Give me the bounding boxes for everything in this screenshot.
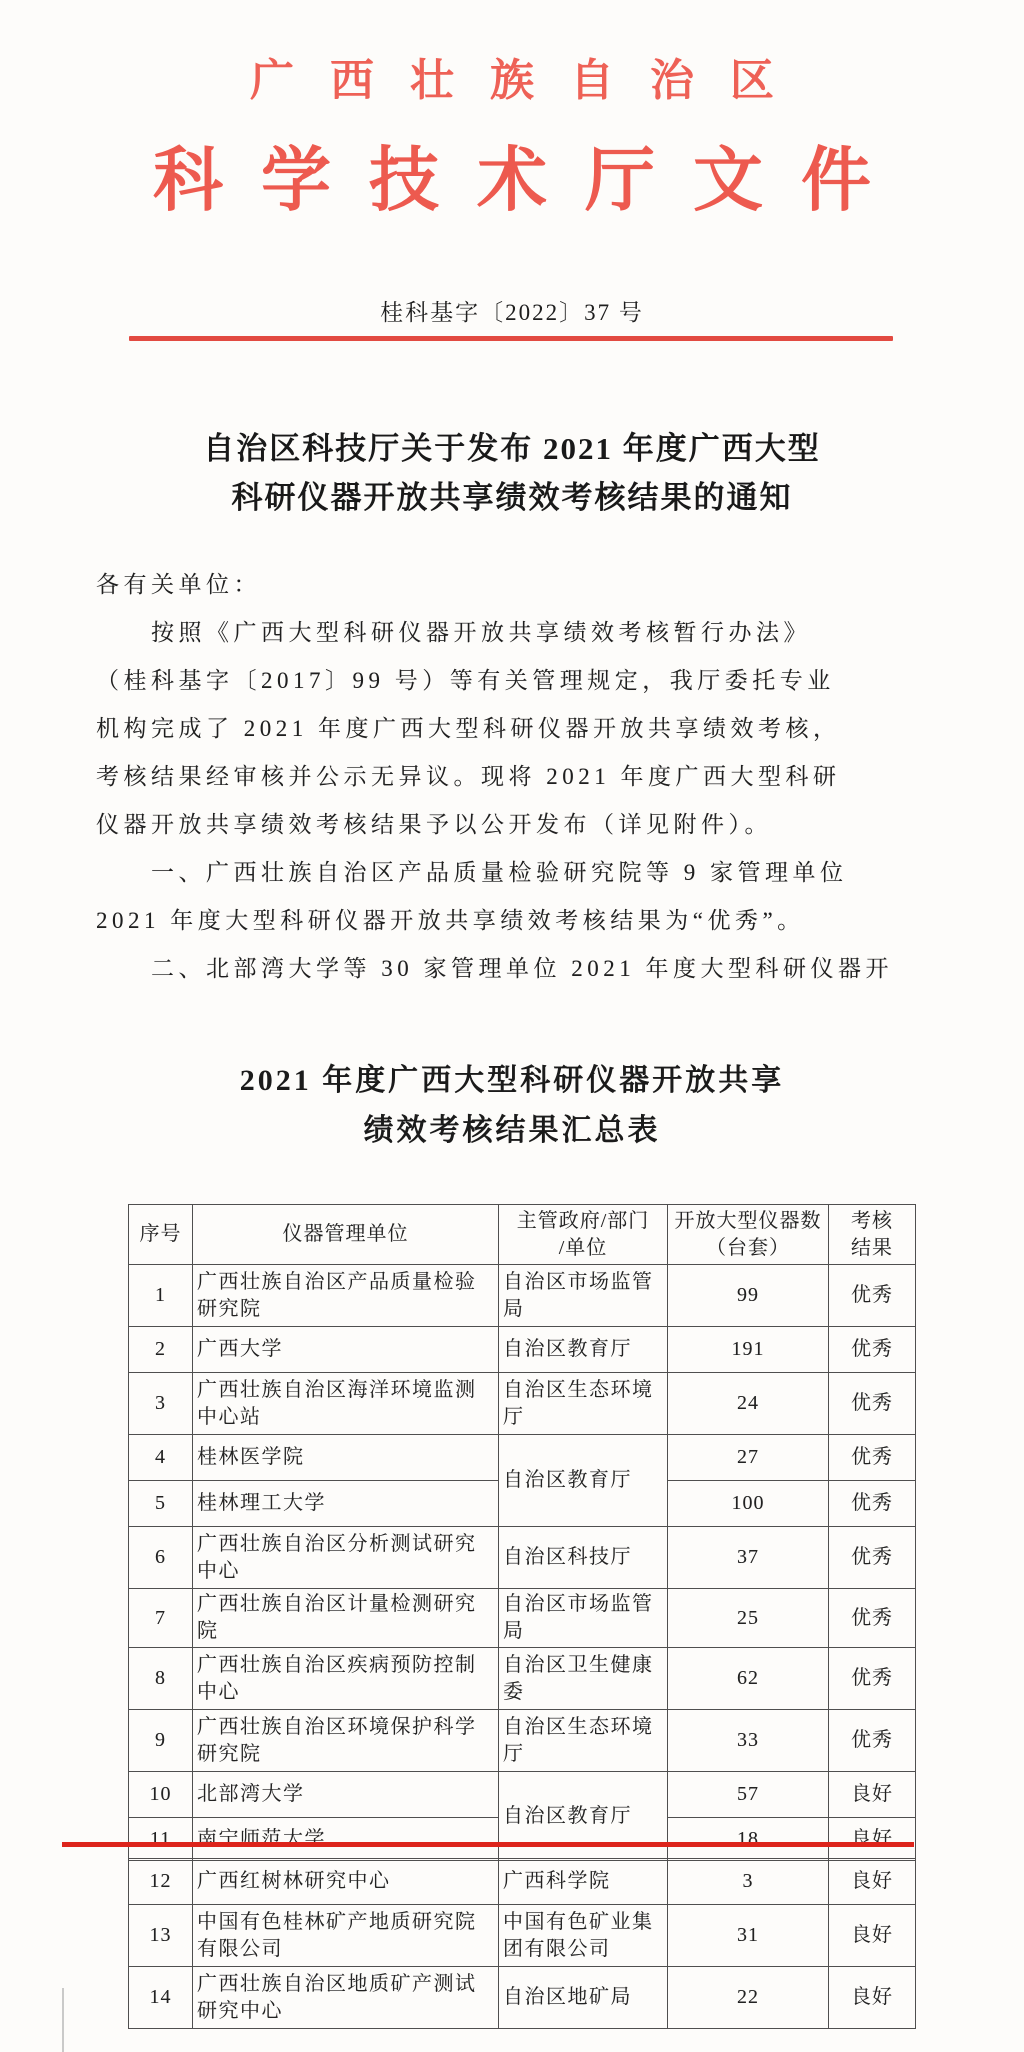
- body-line: 各有关单位：: [96, 561, 936, 609]
- row-authority: 自治区市场监管局: [499, 1589, 668, 1648]
- row-authority: 自治区生态环境厅: [499, 1373, 668, 1435]
- body-line: 机构完成了 2021 年度广西大型科研仪器开放共享绩效考核，: [96, 705, 936, 753]
- row-result: 优秀: [829, 1265, 916, 1327]
- row-authority: 广西科学院: [499, 1859, 668, 1905]
- row-count: 22: [668, 1967, 829, 2029]
- letterhead-region-title: 广西壮族自治区: [0, 44, 1024, 108]
- body-line: 一、广西壮族自治区产品质量检验研究院等 9 家管理单位: [96, 849, 936, 897]
- table-row: 14 广西壮族自治区地质矿产测试研究中心 自治区地矿局 22 良好: [129, 1967, 916, 2029]
- col-header-result-line2: 结果: [833, 1235, 911, 1262]
- row-index: 13: [129, 1905, 193, 1967]
- table-row: 9 广西壮族自治区环境保护科学研究院 自治区生态环境厅 33 优秀: [129, 1710, 916, 1772]
- row-result: 优秀: [829, 1527, 916, 1589]
- row-result: 良好: [829, 1818, 916, 1861]
- row-authority: 中国有色矿业集团有限公司: [499, 1905, 668, 1967]
- row-org: 南宁师范大学: [193, 1818, 499, 1861]
- row-org: 桂林理工大学: [193, 1481, 499, 1527]
- row-count: 62: [668, 1648, 829, 1710]
- row-count: 191: [668, 1327, 829, 1373]
- row-result: 优秀: [829, 1373, 916, 1435]
- row-result: 优秀: [829, 1435, 916, 1481]
- table-row: 7 广西壮族自治区计量检测研究院 自治区市场监管局 25 优秀: [129, 1589, 916, 1648]
- row-index: 6: [129, 1527, 193, 1589]
- table-row: 8 广西壮族自治区疾病预防控制中心 自治区卫生健康委 62 优秀: [129, 1648, 916, 1710]
- row-result: 优秀: [829, 1710, 916, 1772]
- row-count: 18: [668, 1818, 829, 1861]
- row-authority: 自治区地矿局: [499, 1967, 668, 2029]
- row-org: 广西壮族自治区疾病预防控制中心: [193, 1648, 499, 1710]
- summary-table-title: 2021 年度广西大型科研仪器开放共享 绩效考核结果汇总表: [0, 1056, 1024, 1156]
- row-authority-merged: 自治区教育厅: [499, 1435, 668, 1527]
- summary-table-title-line1: 2021 年度广西大型科研仪器开放共享: [0, 1056, 1024, 1106]
- col-header-result-line1: 考核: [833, 1208, 911, 1235]
- table-row: 12 广西红树林研究中心 广西科学院 3 良好: [129, 1859, 916, 1905]
- letterhead-red-rule: [129, 336, 893, 341]
- col-header-authority-line2: /单位: [503, 1235, 663, 1262]
- row-count: 100: [668, 1481, 829, 1527]
- body-line: 考核结果经审核并公示无异议。现将 2021 年度广西大型科研: [96, 753, 936, 801]
- row-authority: 自治区教育厅: [499, 1327, 668, 1373]
- row-result: 良好: [829, 1772, 916, 1818]
- row-index: 9: [129, 1710, 193, 1772]
- row-org: 广西壮族自治区分析测试研究中心: [193, 1527, 499, 1589]
- row-result: 良好: [829, 1859, 916, 1905]
- row-count: 3: [668, 1859, 829, 1905]
- row-result: 优秀: [829, 1481, 916, 1527]
- row-count: 37: [668, 1527, 829, 1589]
- table-header-row: 序号 仪器管理单位 主管政府/部门 /单位 开放大型仪器数 （台套） 考核 结果: [129, 1205, 916, 1265]
- col-header-count: 开放大型仪器数 （台套）: [668, 1205, 829, 1265]
- letterhead-office-title: 科学技术厅文件: [0, 124, 1024, 225]
- col-header-org: 仪器管理单位: [193, 1205, 499, 1265]
- row-authority: 自治区生态环境厅: [499, 1710, 668, 1772]
- row-result: 优秀: [829, 1327, 916, 1373]
- row-org: 北部湾大学: [193, 1772, 499, 1818]
- row-authority: 自治区卫生健康委: [499, 1648, 668, 1710]
- row-org: 广西红树林研究中心: [193, 1859, 499, 1905]
- row-count: 24: [668, 1373, 829, 1435]
- col-header-index: 序号: [129, 1205, 193, 1265]
- row-org: 广西壮族自治区地质矿产测试研究中心: [193, 1967, 499, 2029]
- row-result: 良好: [829, 1967, 916, 2029]
- document-number: 桂科基字〔2022〕37 号: [0, 294, 1024, 327]
- row-count: 31: [668, 1905, 829, 1967]
- row-index: 4: [129, 1435, 193, 1481]
- row-index: 3: [129, 1373, 193, 1435]
- row-org: 广西壮族自治区海洋环境监测中心站: [193, 1373, 499, 1435]
- row-result: 优秀: [829, 1589, 916, 1648]
- red-underline-annotation: [62, 1842, 914, 1847]
- row-result: 优秀: [829, 1648, 916, 1710]
- notice-title: 自治区科技厅关于发布 2021 年度广西大型 科研仪器开放共享绩效考核结果的通知: [0, 424, 1024, 522]
- table-row: 10 北部湾大学 自治区教育厅 57 良好: [129, 1772, 916, 1818]
- row-org: 中国有色桂林矿产地质研究院有限公司: [193, 1905, 499, 1967]
- row-index: 10: [129, 1772, 193, 1818]
- table-row: 6 广西壮族自治区分析测试研究中心 自治区科技厅 37 优秀: [129, 1527, 916, 1589]
- body-line: 按照《广西大型科研仪器开放共享绩效考核暂行办法》: [96, 609, 936, 657]
- table-row: 3 广西壮族自治区海洋环境监测中心站 自治区生态环境厅 24 优秀: [129, 1373, 916, 1435]
- col-header-authority: 主管政府/部门 /单位: [499, 1205, 668, 1265]
- row-count: 27: [668, 1435, 829, 1481]
- body-line: 二、北部湾大学等 30 家管理单位 2021 年度大型科研仪器开: [96, 945, 936, 993]
- summary-table-title-line2: 绩效考核结果汇总表: [0, 1106, 1024, 1156]
- row-index: 5: [129, 1481, 193, 1527]
- row-org: 广西壮族自治区产品质量检验研究院: [193, 1265, 499, 1327]
- table-row: 2 广西大学 自治区教育厅 191 优秀: [129, 1327, 916, 1373]
- body-line: （桂科基字〔2017〕99 号）等有关管理规定，我厅委托专业: [96, 657, 936, 705]
- notice-title-line1: 自治区科技厅关于发布 2021 年度广西大型: [0, 424, 1024, 473]
- row-index: 14: [129, 1967, 193, 2029]
- row-org: 广西大学: [193, 1327, 499, 1373]
- row-index: 2: [129, 1327, 193, 1373]
- table-row: 1 广西壮族自治区产品质量检验研究院 自治区市场监管局 99 优秀: [129, 1265, 916, 1327]
- body-line: 2021 年度大型科研仪器开放共享绩效考核结果为“优秀”。: [96, 897, 936, 945]
- body-line: 仪器开放共享绩效考核结果予以公开发布（详见附件）。: [96, 801, 936, 849]
- row-index: 11: [129, 1818, 193, 1861]
- row-org: 桂林医学院: [193, 1435, 499, 1481]
- row-index: 12: [129, 1859, 193, 1905]
- table-row: 13 中国有色桂林矿产地质研究院有限公司 中国有色矿业集团有限公司 31 良好: [129, 1905, 916, 1967]
- table-row: 4 桂林医学院 自治区教育厅 27 优秀: [129, 1435, 916, 1481]
- notice-body: 各有关单位： 按照《广西大型科研仪器开放共享绩效考核暂行办法》 （桂科基字〔20…: [96, 561, 936, 993]
- notice-title-line2: 科研仪器开放共享绩效考核结果的通知: [0, 473, 1024, 522]
- row-result: 良好: [829, 1905, 916, 1967]
- col-header-result: 考核 结果: [829, 1205, 916, 1265]
- row-count: 99: [668, 1265, 829, 1327]
- col-header-count-line1: 开放大型仪器数: [672, 1208, 824, 1235]
- col-header-count-line2: （台套）: [672, 1235, 824, 1262]
- col-header-authority-line1: 主管政府/部门: [503, 1208, 663, 1235]
- row-count: 57: [668, 1772, 829, 1818]
- scanned-official-document: 广西壮族自治区 科学技术厅文件 桂科基字〔2022〕37 号 自治区科技厅关于发…: [0, 0, 1024, 2052]
- row-authority: 自治区市场监管局: [499, 1265, 668, 1327]
- scan-edge-artifact: [62, 1988, 64, 2052]
- row-count: 33: [668, 1710, 829, 1772]
- row-index: 8: [129, 1648, 193, 1710]
- results-table-part1: 序号 仪器管理单位 主管政府/部门 /单位 开放大型仪器数 （台套） 考核 结果…: [128, 1204, 916, 1861]
- row-org: 广西壮族自治区环境保护科学研究院: [193, 1710, 499, 1772]
- row-count: 25: [668, 1589, 829, 1648]
- row-authority: 自治区科技厅: [499, 1527, 668, 1589]
- row-authority-merged: 自治区教育厅: [499, 1772, 668, 1861]
- row-index: 1: [129, 1265, 193, 1327]
- row-index: 7: [129, 1589, 193, 1648]
- results-table-part2: 12 广西红树林研究中心 广西科学院 3 良好 13 中国有色桂林矿产地质研究院…: [128, 1858, 916, 2029]
- row-org: 广西壮族自治区计量检测研究院: [193, 1589, 499, 1648]
